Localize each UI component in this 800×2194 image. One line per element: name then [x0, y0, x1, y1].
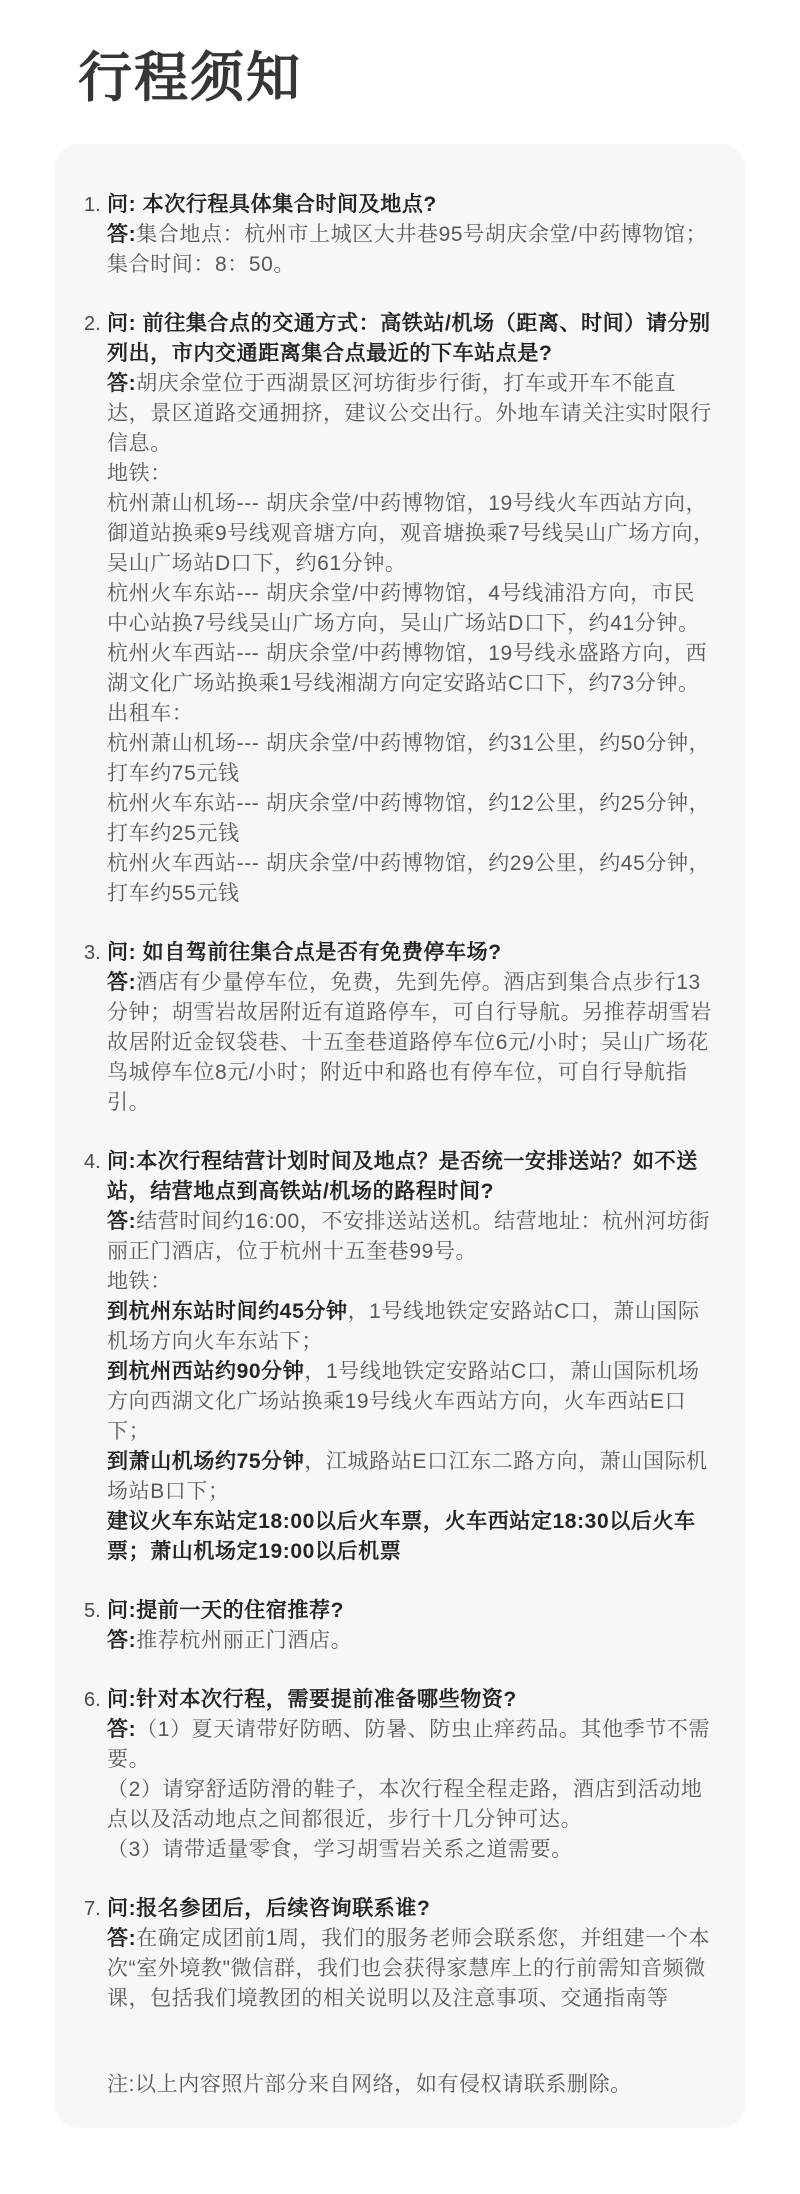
qa-item-number: 7.: [84, 1894, 107, 2014]
qa-item-body: 问: 本次行程具体集合时间及地点?答:集合地点：杭州市上城区大井巷95号胡庆余堂…: [107, 190, 716, 280]
qa-item: 6.问:针对本次行程，需要提前准备哪些物资?答:（1）夏天请带好防晒、防暑、防虫…: [84, 1685, 716, 1865]
answer-segment: 胡庆余堂位于西湖景区河坊街步行街，打车或开车不能直达，景区道路交通拥挤，建议公交…: [107, 372, 712, 455]
question-text: 问: 如自驾前往集合点是否有免费停车场?: [107, 938, 716, 968]
qa-item-body: 问:本次行程结营计划时间及地点？是否统一安排送站？如不送站，结营地点到高铁站/机…: [107, 1147, 716, 1567]
answer-segment: 出租车：: [107, 702, 193, 725]
question-text: 问:针对本次行程，需要提前准备哪些物资?: [107, 1685, 716, 1715]
qa-item-body: 问:报名参团后，后续咨询联系谁?答:在确定成团前1周，我们的服务老师会联系您，并…: [107, 1894, 716, 2014]
answer-paragraph: 答:在确定成团前1周，我们的服务老师会联系您，并组建一个本次“室外境教"微信群，…: [107, 1924, 716, 2014]
answer-segment: 杭州萧山机场--- 胡庆余堂/中药博物馆，19号线火车西站方向，御道站换乘9号线…: [107, 492, 715, 575]
answer-paragraph: 杭州火车西站--- 胡庆余堂/中药博物馆，约29公里，约45分钟，打车约55元钱: [107, 849, 716, 909]
answer-segment: 结营时间约16:00，不安排送站送机。结营地址：杭州河坊街丽正门酒店，位于杭州十…: [107, 1210, 710, 1263]
answer-paragraph: （2）请穿舒适防滑的鞋子，本次行程全程走路，酒店到活动地点以及活动地点之间都很近…: [107, 1775, 716, 1835]
qa-item: 2.问: 前往集合点的交通方式：高铁站/机场（距离、时间）请分别列出，市内交通距…: [84, 309, 716, 909]
answer-paragraph: （3）请带适量零食，学习胡雪岩关系之道需要。: [107, 1835, 716, 1865]
page-title: 行程须知: [78, 50, 800, 106]
answer-segment-bold: 建议火车东站定18:00以后火车票，火车西站定18:30以后火车票；萧山机场定1…: [107, 1510, 696, 1563]
question-text: 问: 本次行程具体集合时间及地点?: [107, 190, 716, 220]
answer-segment: 地铁：: [107, 462, 172, 485]
qa-item: 4.问:本次行程结营计划时间及地点？是否统一安排送站？如不送站，结营地点到高铁站…: [84, 1147, 716, 1567]
question-text: 问: 前往集合点的交通方式：高铁站/机场（距离、时间）请分别列出，市内交通距离集…: [107, 309, 716, 369]
answer-paragraph: 杭州萧山机场--- 胡庆余堂/中药博物馆，约31公里，约50分钟，打车约75元钱: [107, 729, 716, 789]
answer-paragraph: 答:胡庆余堂位于西湖景区河坊街步行街，打车或开车不能直达，景区道路交通拥挤，建议…: [107, 369, 716, 459]
answer-segment-bold: 到杭州西站约90分钟: [107, 1360, 304, 1383]
answer-paragraph: 答:集合地点：杭州市上城区大井巷95号胡庆余堂/中药博物馆；集合时间：8：50。: [107, 220, 716, 280]
answer-paragraph: 杭州火车西站--- 胡庆余堂/中药博物馆，19号线永盛路方向，西湖文化广场站换乘…: [107, 639, 716, 699]
answer-paragraph: 答:（1）夏天请带好防晒、防暑、防虫止痒药品。其他季节不需要。: [107, 1715, 716, 1775]
answer-segment-bold: 到杭州东站时间约45分钟: [107, 1300, 348, 1323]
answer-segment: 推荐杭州丽正门酒店。: [136, 1629, 352, 1652]
answer-segment-bold: 答:: [107, 1629, 136, 1652]
qa-item: 5.问:提前一天的住宿推荐?答:推荐杭州丽正门酒店。: [84, 1596, 716, 1656]
answer-paragraph: 到杭州东站时间约45分钟，1号线地铁定安路站C口，萧山国际机场方向火车东站下；: [107, 1297, 716, 1357]
qa-item-number: 4.: [84, 1147, 107, 1567]
qa-item-body: 问:针对本次行程，需要提前准备哪些物资?答:（1）夏天请带好防晒、防暑、防虫止痒…: [107, 1685, 716, 1865]
answer-paragraph: 出租车：: [107, 699, 716, 729]
qa-item-body: 问: 前往集合点的交通方式：高铁站/机场（距离、时间）请分别列出，市内交通距离集…: [107, 309, 716, 909]
qa-card: 1.问: 本次行程具体集合时间及地点?答:集合地点：杭州市上城区大井巷95号胡庆…: [55, 144, 745, 2128]
qa-item-number: 6.: [84, 1685, 107, 1865]
answer-segment: 地铁：: [107, 1270, 172, 1293]
answer-segment-bold: 到萧山机场约75分钟: [107, 1450, 304, 1473]
answer-segment: （2）请穿舒适防滑的鞋子，本次行程全程走路，酒店到活动地点以及活动地点之间都很近…: [107, 1778, 702, 1831]
answer-segment: 杭州萧山机场--- 胡庆余堂/中药博物馆，约31公里，约50分钟，打车约75元钱: [107, 732, 710, 785]
answer-segment: （3）请带适量零食，学习胡雪岩关系之道需要。: [107, 1838, 573, 1861]
qa-item: 1.问: 本次行程具体集合时间及地点?答:集合地点：杭州市上城区大井巷95号胡庆…: [84, 190, 716, 280]
qa-item-number: 5.: [84, 1596, 107, 1656]
answer-paragraph: 地铁：: [107, 459, 716, 489]
answer-paragraph: 杭州火车东站--- 胡庆余堂/中药博物馆，4号线浦沿方向，市民中心站换7号线吴山…: [107, 579, 716, 639]
answer-segment: 在确定成团前1周，我们的服务老师会联系您，并组建一个本次“室外境教"微信群，我们…: [107, 1927, 710, 2010]
answer-segment: 酒店有少量停车位，免费，先到先停。酒店到集合点步行13分钟；胡雪岩故居附近有道路…: [107, 971, 712, 1114]
answer-paragraph: 建议火车东站定18:00以后火车票，火车西站定18:30以后火车票；萧山机场定1…: [107, 1507, 716, 1567]
qa-item-number: 2.: [84, 309, 107, 909]
qa-item-body: 问: 如自驾前往集合点是否有免费停车场?答:酒店有少量停车位，免费，先到先停。酒…: [107, 938, 716, 1118]
qa-item-number: 1.: [84, 190, 107, 280]
question-text: 问:报名参团后，后续咨询联系谁?: [107, 1894, 716, 1924]
answer-segment: 集合地点：杭州市上城区大井巷95号胡庆余堂/中药博物馆；集合时间：8：50。: [107, 223, 707, 276]
qa-item: 7.问:报名参团后，后续咨询联系谁?答:在确定成团前1周，我们的服务老师会联系您…: [84, 1894, 716, 2014]
answer-segment: 杭州火车西站--- 胡庆余堂/中药博物馆，约29公里，约45分钟，打车约55元钱: [107, 852, 710, 905]
answer-segment: （1）夏天请带好防晒、防暑、防虫止痒药品。其他季节不需要。: [107, 1718, 710, 1771]
answer-paragraph: 杭州火车东站--- 胡庆余堂/中药博物馆，约12公里，约25分钟，打车约25元钱: [107, 789, 716, 849]
answer-segment: 杭州火车西站--- 胡庆余堂/中药博物馆，19号线永盛路方向，西湖文化广场站换乘…: [107, 642, 707, 695]
question-text: 问:本次行程结营计划时间及地点？是否统一安排送站？如不送站，结营地点到高铁站/机…: [107, 1147, 716, 1207]
answer-segment-bold: 答:: [107, 1718, 136, 1741]
answer-paragraph: 杭州萧山机场--- 胡庆余堂/中药博物馆，19号线火车西站方向，御道站换乘9号线…: [107, 489, 716, 579]
answer-segment: 杭州火车东站--- 胡庆余堂/中药博物馆，约12公里，约25分钟，打车约25元钱: [107, 792, 710, 845]
answer-segment-bold: 答:: [107, 223, 136, 246]
trip-notice-page: 行程须知 1.问: 本次行程具体集合时间及地点?答:集合地点：杭州市上城区大井巷…: [0, 50, 800, 2128]
answer-segment-bold: 答:: [107, 372, 136, 395]
qa-item-number: 3.: [84, 938, 107, 1118]
answer-segment: 杭州火车东站--- 胡庆余堂/中药博物馆，4号线浦沿方向，市民中心站换7号线吴山…: [107, 582, 700, 635]
answer-paragraph: 答:酒店有少量停车位，免费，先到先停。酒店到集合点步行13分钟；胡雪岩故居附近有…: [107, 968, 716, 1118]
answer-paragraph: 答:结营时间约16:00，不安排送站送机。结营地址：杭州河坊街丽正门酒店，位于杭…: [107, 1207, 716, 1267]
answer-segment-bold: 答:: [107, 1210, 136, 1233]
copyright-note: 注:以上内容照片部分来自网络，如有侵权请联系删除。: [107, 2070, 716, 2100]
answer-paragraph: 到萧山机场约75分钟，江城路站E口江东二路方向，萧山国际机场站B口下；: [107, 1447, 716, 1507]
answer-paragraph: 到杭州西站约90分钟，1号线地铁定安路站C口，萧山国际机场方向西湖文化广场站换乘…: [107, 1357, 716, 1447]
answer-segment-bold: 答:: [107, 971, 136, 994]
answer-segment-bold: 答:: [107, 1927, 136, 1950]
answer-paragraph: 答:推荐杭州丽正门酒店。: [107, 1626, 716, 1656]
qa-list: 1.问: 本次行程具体集合时间及地点?答:集合地点：杭州市上城区大井巷95号胡庆…: [84, 190, 716, 2014]
qa-item-body: 问:提前一天的住宿推荐?答:推荐杭州丽正门酒店。: [107, 1596, 716, 1656]
qa-item: 3.问: 如自驾前往集合点是否有免费停车场?答:酒店有少量停车位，免费，先到先停…: [84, 938, 716, 1118]
question-text: 问:提前一天的住宿推荐?: [107, 1596, 716, 1626]
answer-paragraph: 地铁：: [107, 1267, 716, 1297]
